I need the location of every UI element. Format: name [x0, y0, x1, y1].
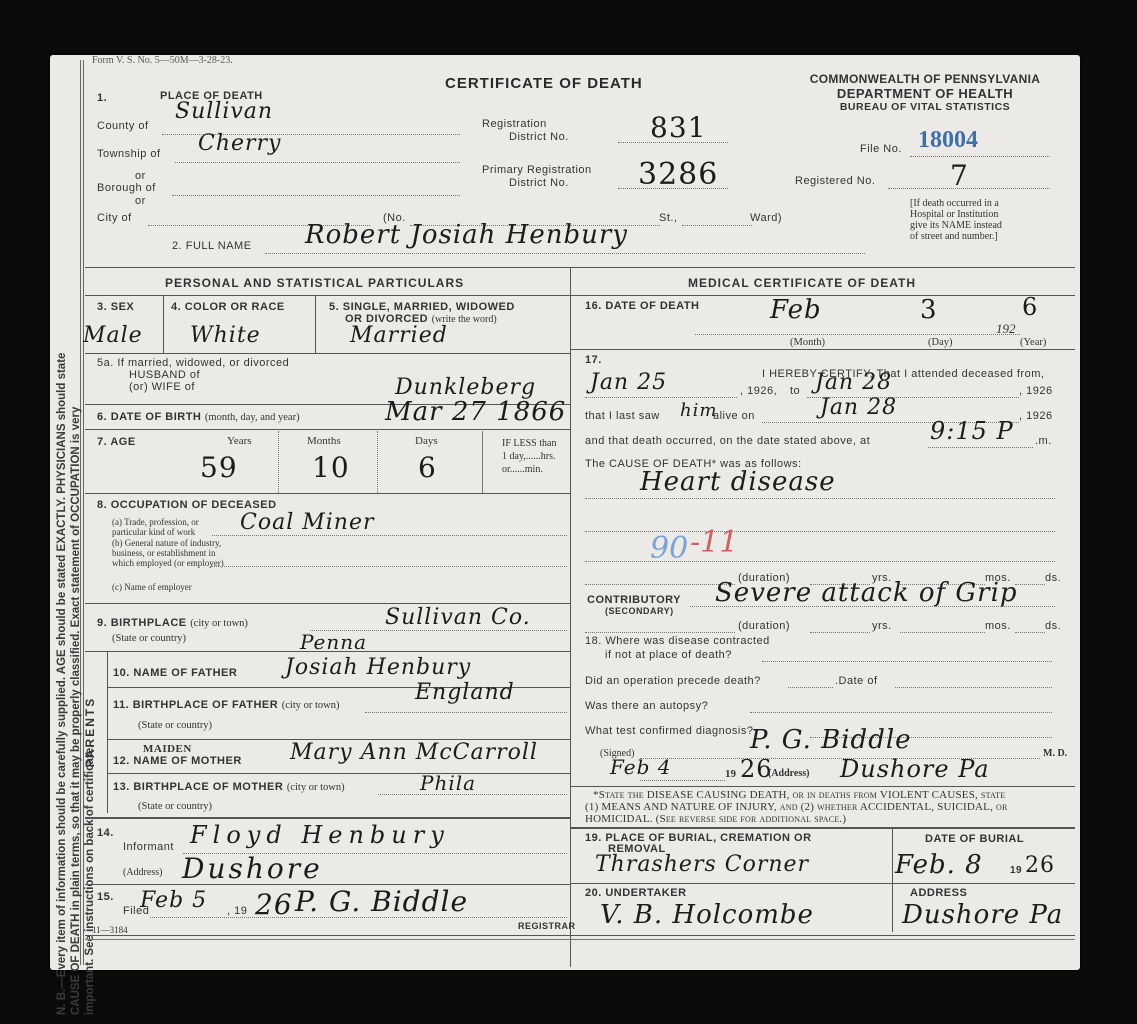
cause-footnote: *State the DISEASE CAUSING DEATH, or in … [585, 789, 1007, 825]
file-number-label: File No. [860, 143, 902, 155]
operation-date-label: .Date of [835, 675, 878, 687]
father-name-field[interactable]: Josiah Henbury [285, 655, 471, 680]
occupation-a-label: (a) Trade, profession, or particular kin… [112, 517, 199, 537]
classification-code-blue: 90 [650, 531, 688, 566]
spouse-label: 5a. If married, widowed, or divorced HUS… [97, 357, 289, 393]
age-less-2: 1 day,......hrs. [502, 450, 556, 463]
date-of-birth-field[interactable]: Mar 27 1866 [385, 397, 566, 427]
age-less-1: IF LESS than [502, 437, 556, 450]
margin-line-3: important. See instructions on back of c… [83, 115, 97, 1015]
age-days-label: Days [415, 435, 438, 447]
hospital-note-3: give its NAME instead [910, 220, 1020, 231]
day-hint: (Day) [928, 337, 953, 348]
registration-district-label: Registration District No. [482, 118, 569, 144]
birthplace-state-hint: (State or country) [112, 633, 186, 644]
death-certificate: N. B.—Every item of information should b… [50, 55, 1080, 970]
burial-year-prefix: 19 [1010, 865, 1022, 876]
divider [107, 773, 570, 774]
death-time-label: and that death occurred, on the date sta… [585, 435, 870, 447]
divider [570, 349, 1075, 350]
divider [107, 651, 108, 813]
maiden-label: MAIDEN [143, 743, 192, 755]
signed-year-prefix: 19 [725, 768, 736, 780]
divider [85, 429, 570, 430]
test-label: What test confirmed diagnosis? [585, 725, 753, 737]
father-birthplace-hint: (city or town) [282, 700, 340, 711]
date-of-death-label: 16. DATE OF DEATH [585, 300, 699, 312]
sex-field[interactable]: Male [83, 323, 143, 348]
birthplace-field[interactable]: Sullivan Co. [385, 605, 531, 630]
item-number-15: 15. [97, 891, 114, 903]
form-code: 11—3184 [92, 925, 128, 935]
bottom-border [85, 939, 1075, 940]
authority-department: DEPARTMENT OF HEALTH [790, 86, 1060, 101]
death-year-prefix: 192 [996, 321, 1016, 337]
birthplace-label: 9. BIRTHPLACE [97, 617, 187, 629]
or-label: or [135, 170, 146, 182]
death-month-field[interactable]: Feb [770, 295, 822, 325]
physician-address-label: (Address) [768, 768, 809, 779]
item-number-17: 17. [585, 354, 602, 366]
primary-registration-field[interactable]: 3286 [638, 157, 718, 192]
secondary-label: (SECONDARY) [605, 606, 674, 616]
age-days-field[interactable]: 6 [418, 451, 437, 484]
occupation-a-1: (a) Trade, profession, or [112, 517, 199, 527]
dob-hint: (month, day, and year) [205, 412, 300, 423]
file-number-field[interactable]: 18004 [918, 127, 978, 154]
marital-status-field[interactable]: Married [350, 323, 448, 348]
occupation-b-label: (b) General nature of industry, business… [112, 538, 224, 568]
county-label: County of [97, 120, 149, 132]
medical-section-title: MEDICAL CERTIFICATE OF DEATH [688, 276, 916, 290]
mother-birthplace-label-wrap: 13. BIRTHPLACE OF MOTHER (city or town) [113, 781, 345, 793]
attended-from-year: , 1926, [740, 385, 777, 397]
authority-bureau: BUREAU OF VITAL STATISTICS [790, 101, 1060, 113]
mother-name-label: 12. NAME OF MOTHER [113, 755, 242, 767]
informant-field[interactable]: Floyd Henbury [190, 821, 450, 849]
undertaker-address-label: ADDRESS [910, 887, 967, 899]
contributory-label: CONTRIBUTORY [587, 594, 681, 606]
divider [315, 295, 316, 353]
mother-birthplace-state-hint: (State or country) [138, 801, 212, 812]
age-months-label: Months [307, 435, 341, 447]
divider [482, 431, 483, 493]
classification-code-red: -11 [690, 525, 738, 560]
hospital-note-2: Hospital or Institution [910, 209, 1020, 220]
mother-birthplace-field[interactable]: Phila [420, 771, 476, 795]
age-less-3: or......min. [502, 463, 556, 476]
burial-year-field[interactable]: 26 [1025, 853, 1055, 878]
last-saw-label: that I last saw [585, 410, 660, 422]
borough-label: Borough of [97, 182, 156, 194]
divider [163, 295, 164, 353]
bottom-border [85, 935, 1075, 936]
filed-year-prefix: , 19 [227, 905, 247, 917]
father-name-label: 10. NAME OF FATHER [113, 667, 237, 679]
age-label: 7. AGE [97, 436, 136, 448]
divider [85, 295, 570, 296]
divider [892, 827, 893, 932]
death-year-field[interactable]: 6 [1022, 293, 1038, 321]
yrs-label-2: yrs. [872, 620, 892, 632]
primary-registration-label: Primary Registration District No. [482, 164, 592, 190]
physician-address-field[interactable]: Dushore Pa [840, 755, 990, 783]
occupation-b-3: which employed (or employer) [112, 558, 224, 568]
last-saw-year: , 1926 [1019, 410, 1053, 422]
age-years-field[interactable]: 59 [200, 451, 238, 484]
death-time-field[interactable]: 9:15 P [930, 417, 1014, 445]
authority-commonwealth: COMMONWEALTH OF PENNSYLVANIA [790, 72, 1060, 86]
primary-registration-label-1: Primary Registration [482, 164, 592, 177]
city-label: City of [97, 212, 132, 224]
county-field[interactable]: Sullivan [175, 99, 273, 124]
signed-date-field[interactable]: Feb 4 [610, 755, 672, 779]
filed-date-field[interactable]: Feb 5 [140, 888, 207, 913]
parents-side-label: PARENTS [83, 692, 97, 772]
margin-instructions: N. B.—Every item of information should b… [55, 115, 85, 1015]
informant-label: Informant [123, 841, 174, 853]
personal-section-title: PERSONAL AND STATISTICAL PARTICULARS [165, 276, 464, 290]
md-label: M. D. [1043, 748, 1067, 759]
undertaker-label: 20. UNDERTAKER [585, 887, 687, 899]
father-birthplace-label-wrap: 11. BIRTHPLACE OF FATHER (city or town) [113, 699, 340, 711]
hospital-note-4: of street and number.] [910, 231, 1020, 242]
primary-registration-label-2: District No. [482, 177, 592, 190]
full-name-field[interactable]: Robert Josiah Henbury [305, 220, 628, 250]
column-divider [570, 267, 571, 967]
item-number-1: 1. [97, 92, 107, 104]
full-name-label: 2. FULL NAME [172, 240, 252, 252]
death-day-field[interactable]: 3 [920, 295, 938, 325]
q18-label-1: 18. Where was disease contracted [585, 635, 770, 647]
month-hint: (Month) [790, 337, 825, 348]
attended-to-year: , 1926 [1019, 385, 1053, 397]
item-number-14: 14. [97, 827, 114, 839]
divider [570, 295, 1075, 296]
undertaker-field[interactable]: V. B. Holcombe [600, 900, 814, 930]
ds-label-2: ds. [1045, 620, 1061, 632]
footnote-line-3: HOMICIDAL. (See reverse side for additio… [585, 813, 1007, 825]
divider [570, 786, 1075, 787]
divider [85, 817, 570, 819]
divider [377, 431, 378, 493]
burial-date-field[interactable]: Feb. 8 [895, 850, 983, 880]
duration-label-2: (duration) [738, 620, 790, 632]
issuing-authority: COMMONWEALTH OF PENNSYLVANIA DEPARTMENT … [790, 72, 1060, 113]
certificate-title: CERTIFICATE OF DEATH [445, 75, 643, 92]
footnote-line-2: (1) MEANS AND NATURE OF INJURY, and (2) … [585, 801, 1007, 813]
age-less-than-day: IF LESS than 1 day,......hrs. or......mi… [502, 437, 556, 476]
hospital-note-1: [If death occurred in a [910, 198, 1020, 209]
occupation-a-2: particular kind of work [112, 527, 199, 537]
employer-label: (c) Name of employer [112, 582, 192, 592]
operation-label: Did an operation precede death? [585, 675, 761, 687]
spouse-label-3: (or) WIFE of [97, 381, 289, 393]
divider [85, 603, 570, 604]
undertaker-address-field[interactable]: Dushore Pa [902, 900, 1063, 930]
township-label: Township of [97, 148, 161, 160]
death-time-suffix: .m. [1035, 435, 1052, 447]
registration-district-label-2: District No. [482, 131, 569, 144]
marital-label-1: 5. SINGLE, MARRIED, WIDOWED [329, 301, 515, 313]
attended-to-field[interactable]: Jan 28 [815, 370, 892, 395]
ds-label: ds. [1045, 572, 1061, 584]
q18-label-2: if not at place of death? [605, 649, 732, 661]
spouse-label-1: 5a. If married, widowed, or divorced [97, 357, 289, 369]
occupation-trade-field[interactable]: Coal Miner [240, 510, 375, 535]
registered-number-label: Registered No. [795, 175, 875, 187]
dob-label: 6. DATE OF BIRTH [97, 411, 201, 423]
certify-text: I HEREBY CERTIFY, That I attended deceas… [762, 368, 1044, 380]
spouse-label-2: HUSBAND of [97, 369, 289, 381]
mother-name-field[interactable]: Mary Ann McCarroll [290, 740, 538, 765]
mos-label-2: mos. [985, 620, 1011, 632]
to-label: to [790, 385, 800, 397]
or-label: or [135, 195, 146, 207]
last-saw-date-field[interactable]: Jan 28 [820, 395, 897, 420]
informant-address-field[interactable]: Dushore [182, 852, 323, 885]
physician-signature[interactable]: P. G. Biddle [750, 725, 912, 755]
filed-year-field[interactable]: 26 [255, 888, 293, 921]
father-birthplace-field[interactable]: England [415, 680, 515, 705]
attended-from-field[interactable]: Jan 25 [590, 370, 667, 395]
margin-line-1: N. B.—Every item of information should b… [55, 115, 69, 1015]
contributory-cause-field[interactable]: Severe attack of Grip [715, 578, 1018, 608]
occupation-b-1: (b) General nature of industry, [112, 538, 224, 548]
burial-date-label: DATE OF BURIAL [925, 833, 1024, 845]
form-number: Form V. S. No. 5—50M—3-28-23. [92, 55, 233, 66]
burial-place-field[interactable]: Thrashers Corner [595, 852, 809, 877]
divider [85, 267, 1075, 268]
divider [85, 493, 570, 494]
age-months-field[interactable]: 10 [312, 451, 350, 484]
year-hint: (Year) [1020, 337, 1046, 348]
occupation-b-2: business, or establishment in [112, 548, 224, 558]
birthplace-label-wrap: 9. BIRTHPLACE (city or town) [97, 617, 248, 629]
mother-birthplace-hint: (city or town) [287, 782, 345, 793]
divider [570, 883, 1075, 884]
township-field[interactable]: Cherry [198, 131, 281, 156]
mother-birthplace-label: 13. BIRTHPLACE OF MOTHER [113, 781, 283, 793]
sex-label: 3. SEX [97, 301, 134, 313]
informant-address-label: (Address) [123, 867, 162, 878]
footnote-line-1: *State the DISEASE CAUSING DEATH, or in … [585, 789, 1007, 801]
divider [570, 827, 1075, 829]
registered-number-field[interactable]: 7 [950, 159, 969, 192]
cause-of-death-field[interactable]: Heart disease [640, 467, 836, 497]
divider [85, 651, 570, 652]
age-years-label: Years [227, 435, 252, 447]
birthplace-hint: (city or town) [190, 618, 248, 629]
dob-label-wrap: 6. DATE OF BIRTH (month, day, and year) [97, 411, 300, 423]
registrar-label: REGISTRAR [518, 921, 576, 931]
margin-line-2: CAUSE OF DEATH in plain terms, so that i… [69, 115, 83, 1015]
autopsy-label: Was there an autopsy? [585, 700, 708, 712]
last-saw-pronoun-field[interactable]: him [680, 400, 717, 421]
registration-district-label-1: Registration [482, 118, 569, 131]
divider [85, 353, 570, 354]
hospital-note: [If death occurred in a Hospital or Inst… [910, 198, 1020, 242]
street-label: St., [659, 212, 678, 224]
race-field[interactable]: White [190, 323, 261, 348]
father-birthplace-label: 11. BIRTHPLACE OF FATHER [113, 699, 278, 711]
divider [278, 431, 279, 493]
registrar-signature[interactable]: P. G. Biddle [295, 885, 468, 918]
alive-on-label: alive on [713, 410, 755, 422]
race-label: 4. COLOR OR RACE [171, 301, 285, 313]
registration-district-field[interactable]: 831 [650, 111, 706, 144]
ward-label: Ward) [750, 212, 782, 224]
father-birthplace-state-hint: (State or country) [138, 720, 212, 731]
